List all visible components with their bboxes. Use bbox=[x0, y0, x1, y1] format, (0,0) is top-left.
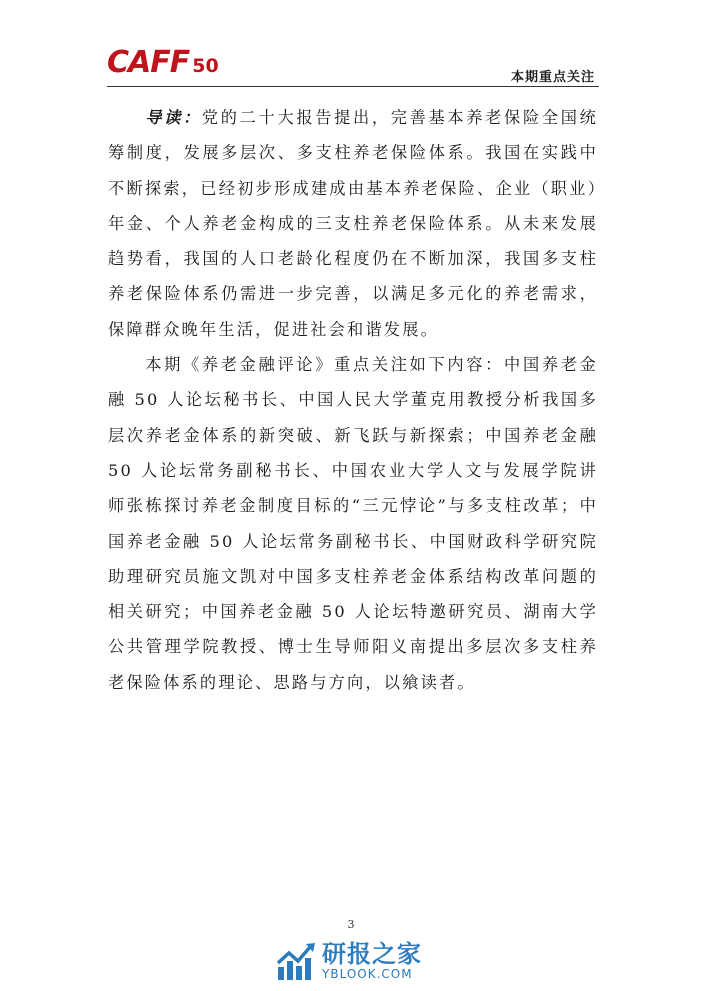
watermark: 研报之家 YBLOOK.COM bbox=[276, 938, 422, 984]
header-divider bbox=[107, 86, 599, 87]
lead-label: 导读： bbox=[145, 108, 202, 127]
document-body: 导读：党的二十大报告提出，完善基本养老保险全国统筹制度，发展多层次、多支柱养老保… bbox=[108, 100, 598, 700]
logo-number: 50 bbox=[192, 55, 218, 77]
rising-chart-icon bbox=[276, 941, 316, 981]
page-header: CAFF50 本期重点关注 bbox=[107, 46, 599, 86]
caff50-logo: CAFF50 bbox=[107, 46, 219, 83]
page-number: 3 bbox=[0, 918, 702, 931]
focus-paragraph: 本期《养老金融评论》重点关注如下内容：中国养老金融 50 人论坛秘书长、中国人民… bbox=[108, 347, 598, 700]
intro-paragraph: 导读：党的二十大报告提出，完善基本养老保险全国统筹制度，发展多层次、多支柱养老保… bbox=[108, 100, 598, 347]
watermark-cn: 研报之家 bbox=[322, 941, 422, 967]
section-label: 本期重点关注 bbox=[511, 66, 595, 85]
watermark-en: YBLOOK.COM bbox=[322, 967, 422, 981]
logo-main: CAFF bbox=[107, 45, 189, 80]
intro-text: 党的二十大报告提出，完善基本养老保险全国统筹制度，发展多层次、多支柱养老保险体系… bbox=[108, 108, 598, 339]
